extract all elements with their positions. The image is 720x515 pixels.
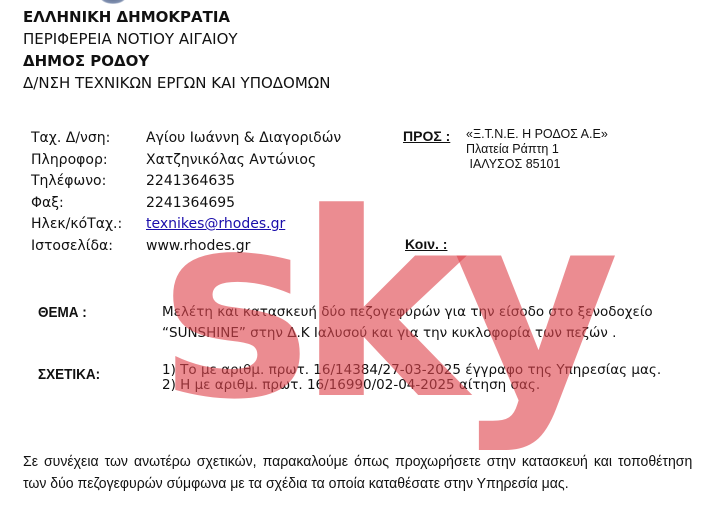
contact-row: Πληροφορ: Χατζηνικόλας Αντώνιος <box>31 150 341 172</box>
contact-row: Ιστοσελίδα: www.rhodes.gr <box>31 236 341 258</box>
recipient-address: «Ξ.Τ.Ν.Ε. Η ΡΟΔΟΣ Α.Ε» Πλατεία Ράπτη 1 Ι… <box>466 127 608 172</box>
contact-label: Πληροφορ: <box>31 150 146 172</box>
related-label: ΣΧΕΤΙΚΑ: <box>38 366 100 383</box>
contact-label: Ηλεκ/κόΤαχ.: <box>31 214 146 236</box>
header-region: ΠΕΡΙΦΕΡΕΙΑ ΝΟΤΙΟΥ ΑΙΓΑΙΟΥ <box>23 28 330 50</box>
recipient-name: «Ξ.Τ.Ν.Ε. Η ΡΟΔΟΣ Α.Ε» <box>466 127 608 142</box>
related-item: 2) Η με αριθμ. πρωτ. 16/16990/02-04-2025… <box>162 378 702 393</box>
website-value: www.rhodes.gr <box>146 236 250 258</box>
recipient-street: Πλατεία Ράπτη 1 <box>466 142 608 157</box>
fax-value: 2241364695 <box>146 193 235 215</box>
contact-row: Φαξ: 2241364695 <box>31 193 341 215</box>
recipient-label: ΠΡΟΣ : <box>403 128 450 144</box>
subject-text: Μελέτη και κατασκευή δύο πεζογεφυρών για… <box>162 302 702 344</box>
contact-info: Ταχ. Δ/νση: Αγίου Ιωάννη & Διαγοριδών Πλ… <box>31 128 341 257</box>
email-link[interactable]: texnikes@rhodes.gr <box>146 216 285 232</box>
contact-label: Ιστοσελίδα: <box>31 236 146 258</box>
letterhead: ΕΛΛΗΝΙΚΗ ΔΗΜΟΚΡΑΤΙΑ ΠΕΡΙΦΕΡΕΙΑ ΝΟΤΙΟΥ ΑΙ… <box>23 6 330 94</box>
contact-label: Ταχ. Δ/νση: <box>31 128 146 150</box>
header-municipality: ΔΗΜΟΣ ΡΟΔΟΥ <box>23 50 330 72</box>
contact-row: Ηλεκ/κόΤαχ.: texnikes@rhodes.gr <box>31 214 341 236</box>
contact-value: Χατζηνικόλας Αντώνιος <box>146 150 316 172</box>
phone-value: 2241364635 <box>146 171 235 193</box>
recipient-city: ΙΑΛΥΣΟΣ 85101 <box>466 157 608 172</box>
emblem-icon <box>100 0 126 4</box>
related-item: 1) Το με αριθμ. πρωτ. 16/14384/27-03-202… <box>162 363 702 378</box>
contact-label: Φαξ: <box>31 193 146 215</box>
body-paragraph: Σε συνέχεια των ανωτέρω σχετικών, παρακα… <box>23 452 692 495</box>
contact-value: Αγίου Ιωάννη & Διαγοριδών <box>146 128 341 150</box>
header-department: Δ/ΝΣΗ ΤΕΧΝΙΚΩΝ ΕΡΓΩΝ ΚΑΙ ΥΠΟΔΟΜΩΝ <box>23 72 330 94</box>
contact-row: Ταχ. Δ/νση: Αγίου Ιωάννη & Διαγοριδών <box>31 128 341 150</box>
related-list: 1) Το με αριθμ. πρωτ. 16/14384/27-03-202… <box>162 363 702 393</box>
cc-label: Κοιν. : <box>405 236 447 252</box>
header-country: ΕΛΛΗΝΙΚΗ ΔΗΜΟΚΡΑΤΙΑ <box>23 6 330 28</box>
subject-label: ΘΕΜΑ : <box>38 304 87 321</box>
contact-label: Τηλέφωνο: <box>31 171 146 193</box>
contact-row: Τηλέφωνο: 2241364635 <box>31 171 341 193</box>
